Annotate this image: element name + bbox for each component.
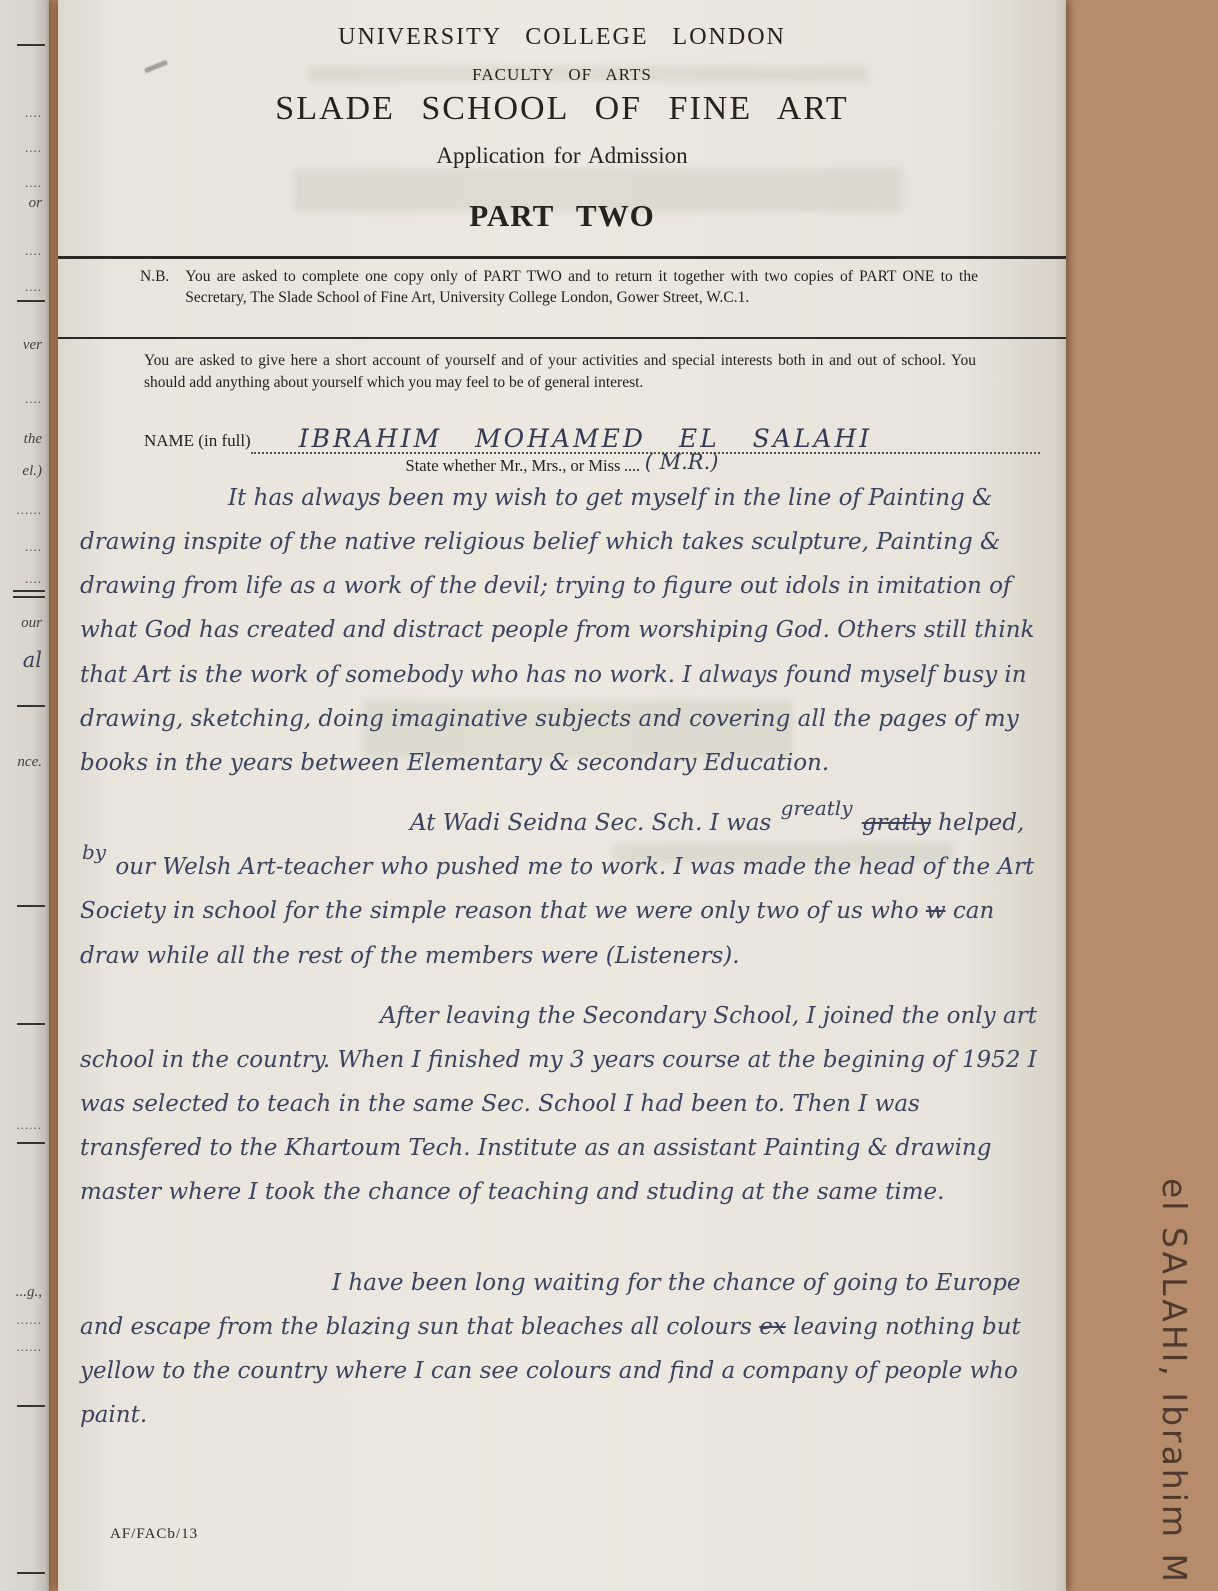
title-field-label: State whether Mr., Mrs., or Miss — [406, 456, 621, 475]
name-field-row: NAME (in full) IBRAHIM MOHAMED EL SALAHI — [144, 418, 1040, 454]
part-heading: PART TWO — [58, 198, 1066, 234]
archival-margin-label: el SALAHI, Ibrahim M — [1155, 1178, 1194, 1585]
adjacent-page-fragment: .... — [25, 106, 42, 119]
handwritten-paragraph: I have been long waiting for the chance … — [80, 1261, 1048, 1438]
handwritten-segment: our Welsh Art-teacher who pushed me to w… — [80, 854, 1034, 924]
nb-text: You are asked to complete one copy only … — [185, 267, 978, 308]
handwritten-segment — [855, 810, 862, 836]
name-field-label: NAME (in full) — [144, 431, 251, 454]
form-subtitle: Application for Admission — [58, 143, 1066, 169]
handwritten-segment-above: greatly — [781, 789, 853, 827]
adjacent-page-fragment: the — [24, 432, 42, 447]
handwritten-segment: It has always been my wish to get myself… — [80, 485, 1034, 776]
handwritten-segment-strike: ex — [759, 1314, 786, 1340]
adjacent-page-fragment — [17, 1572, 45, 1574]
adjacent-page-fragment: our — [21, 616, 42, 631]
handwritten-segment-strike: w — [926, 898, 946, 924]
title-field-row: State whether Mr., Mrs., or Miss ( M.R.) — [58, 452, 1066, 476]
adjacent-page-fragment — [17, 1023, 45, 1025]
adjacent-page-fragment — [17, 905, 45, 907]
adjacent-page-fragment: .... — [25, 244, 42, 257]
school-title: SLADE SCHOOL OF FINE ART — [58, 90, 1066, 128]
adjacent-page-fragment: .... — [25, 572, 42, 585]
handwritten-segment: At Wadi Seidna Sec. Sch. I was — [410, 810, 779, 836]
handwritten-paragraph: At Wadi Seidna Sec. Sch. I was greatly g… — [80, 801, 1048, 978]
adjacent-page-fragment: ...... — [17, 1313, 43, 1326]
adjacent-page-fragment: ...... — [17, 1340, 43, 1353]
handwritten-paragraph: It has always been my wish to get myself… — [80, 476, 1048, 785]
horizontal-rule — [58, 256, 1066, 259]
adjacent-page-fragment: ...g., — [16, 1285, 42, 1300]
nb-label: N.B. — [140, 267, 169, 308]
name-field-dotted-line: IBRAHIM MOHAMED EL SALAHI — [251, 418, 1040, 454]
faculty-title: FACULTY OF ARTS — [58, 65, 1066, 85]
handwritten-paragraph: After leaving the Secondary School, I jo… — [80, 994, 1048, 1215]
application-form-page: UNIVERSITY COLLEGE LONDON FACULTY OF ART… — [58, 0, 1066, 1591]
horizontal-rule — [58, 337, 1066, 339]
adjacent-page-fragment — [17, 1405, 45, 1407]
adjacent-page-fragment — [17, 1142, 45, 1144]
adjacent-page-fragment: .... — [25, 141, 42, 154]
title-field-dotted-line — [625, 453, 639, 471]
adjacent-page-fragment: ...... — [17, 1118, 43, 1131]
handwritten-segment-strike: gratly — [862, 810, 931, 836]
adjacent-page-fragment: el.) — [22, 464, 42, 479]
university-title: UNIVERSITY COLLEGE LONDON — [58, 24, 1066, 51]
form-reference-code: AF/FACb/13 — [110, 1526, 198, 1543]
adjacent-page-fragment — [17, 300, 45, 302]
adjacent-page-fragment: .... — [25, 280, 42, 293]
adjacent-page-fragment — [17, 44, 45, 46]
handwritten-segment-above: by — [82, 833, 106, 871]
instructions-text: You are asked to give here a short accou… — [144, 350, 976, 394]
adjacent-page-fragment: ver — [23, 338, 42, 353]
adjacent-page-fragment: .... — [25, 392, 42, 405]
handwritten-segment: helped, — [931, 810, 1024, 836]
adjacent-page-fragment — [17, 705, 45, 707]
adjacent-page-fragment: nce. — [17, 755, 42, 770]
adjacent-page-fragment: al — [23, 650, 42, 671]
adjacent-page-fragment — [13, 590, 45, 598]
handwritten-account: It has always been my wish to get myself… — [80, 476, 1048, 1453]
title-field-value: ( M.R.) — [645, 450, 719, 474]
name-field-value: IBRAHIM MOHAMED EL SALAHI — [299, 424, 872, 453]
adjacent-page-fragment: .... — [25, 176, 42, 189]
adjacent-page-fragment: .... — [25, 540, 42, 553]
adjacent-page: ............or........ver....theel.)....… — [0, 0, 49, 1591]
nb-note: N.B. You are asked to complete one copy … — [140, 267, 978, 308]
adjacent-page-fragment: ...... — [17, 503, 43, 516]
adjacent-page-fragment: or — [29, 196, 42, 211]
handwritten-segment: After leaving the Secondary School, I jo… — [80, 1003, 1037, 1206]
